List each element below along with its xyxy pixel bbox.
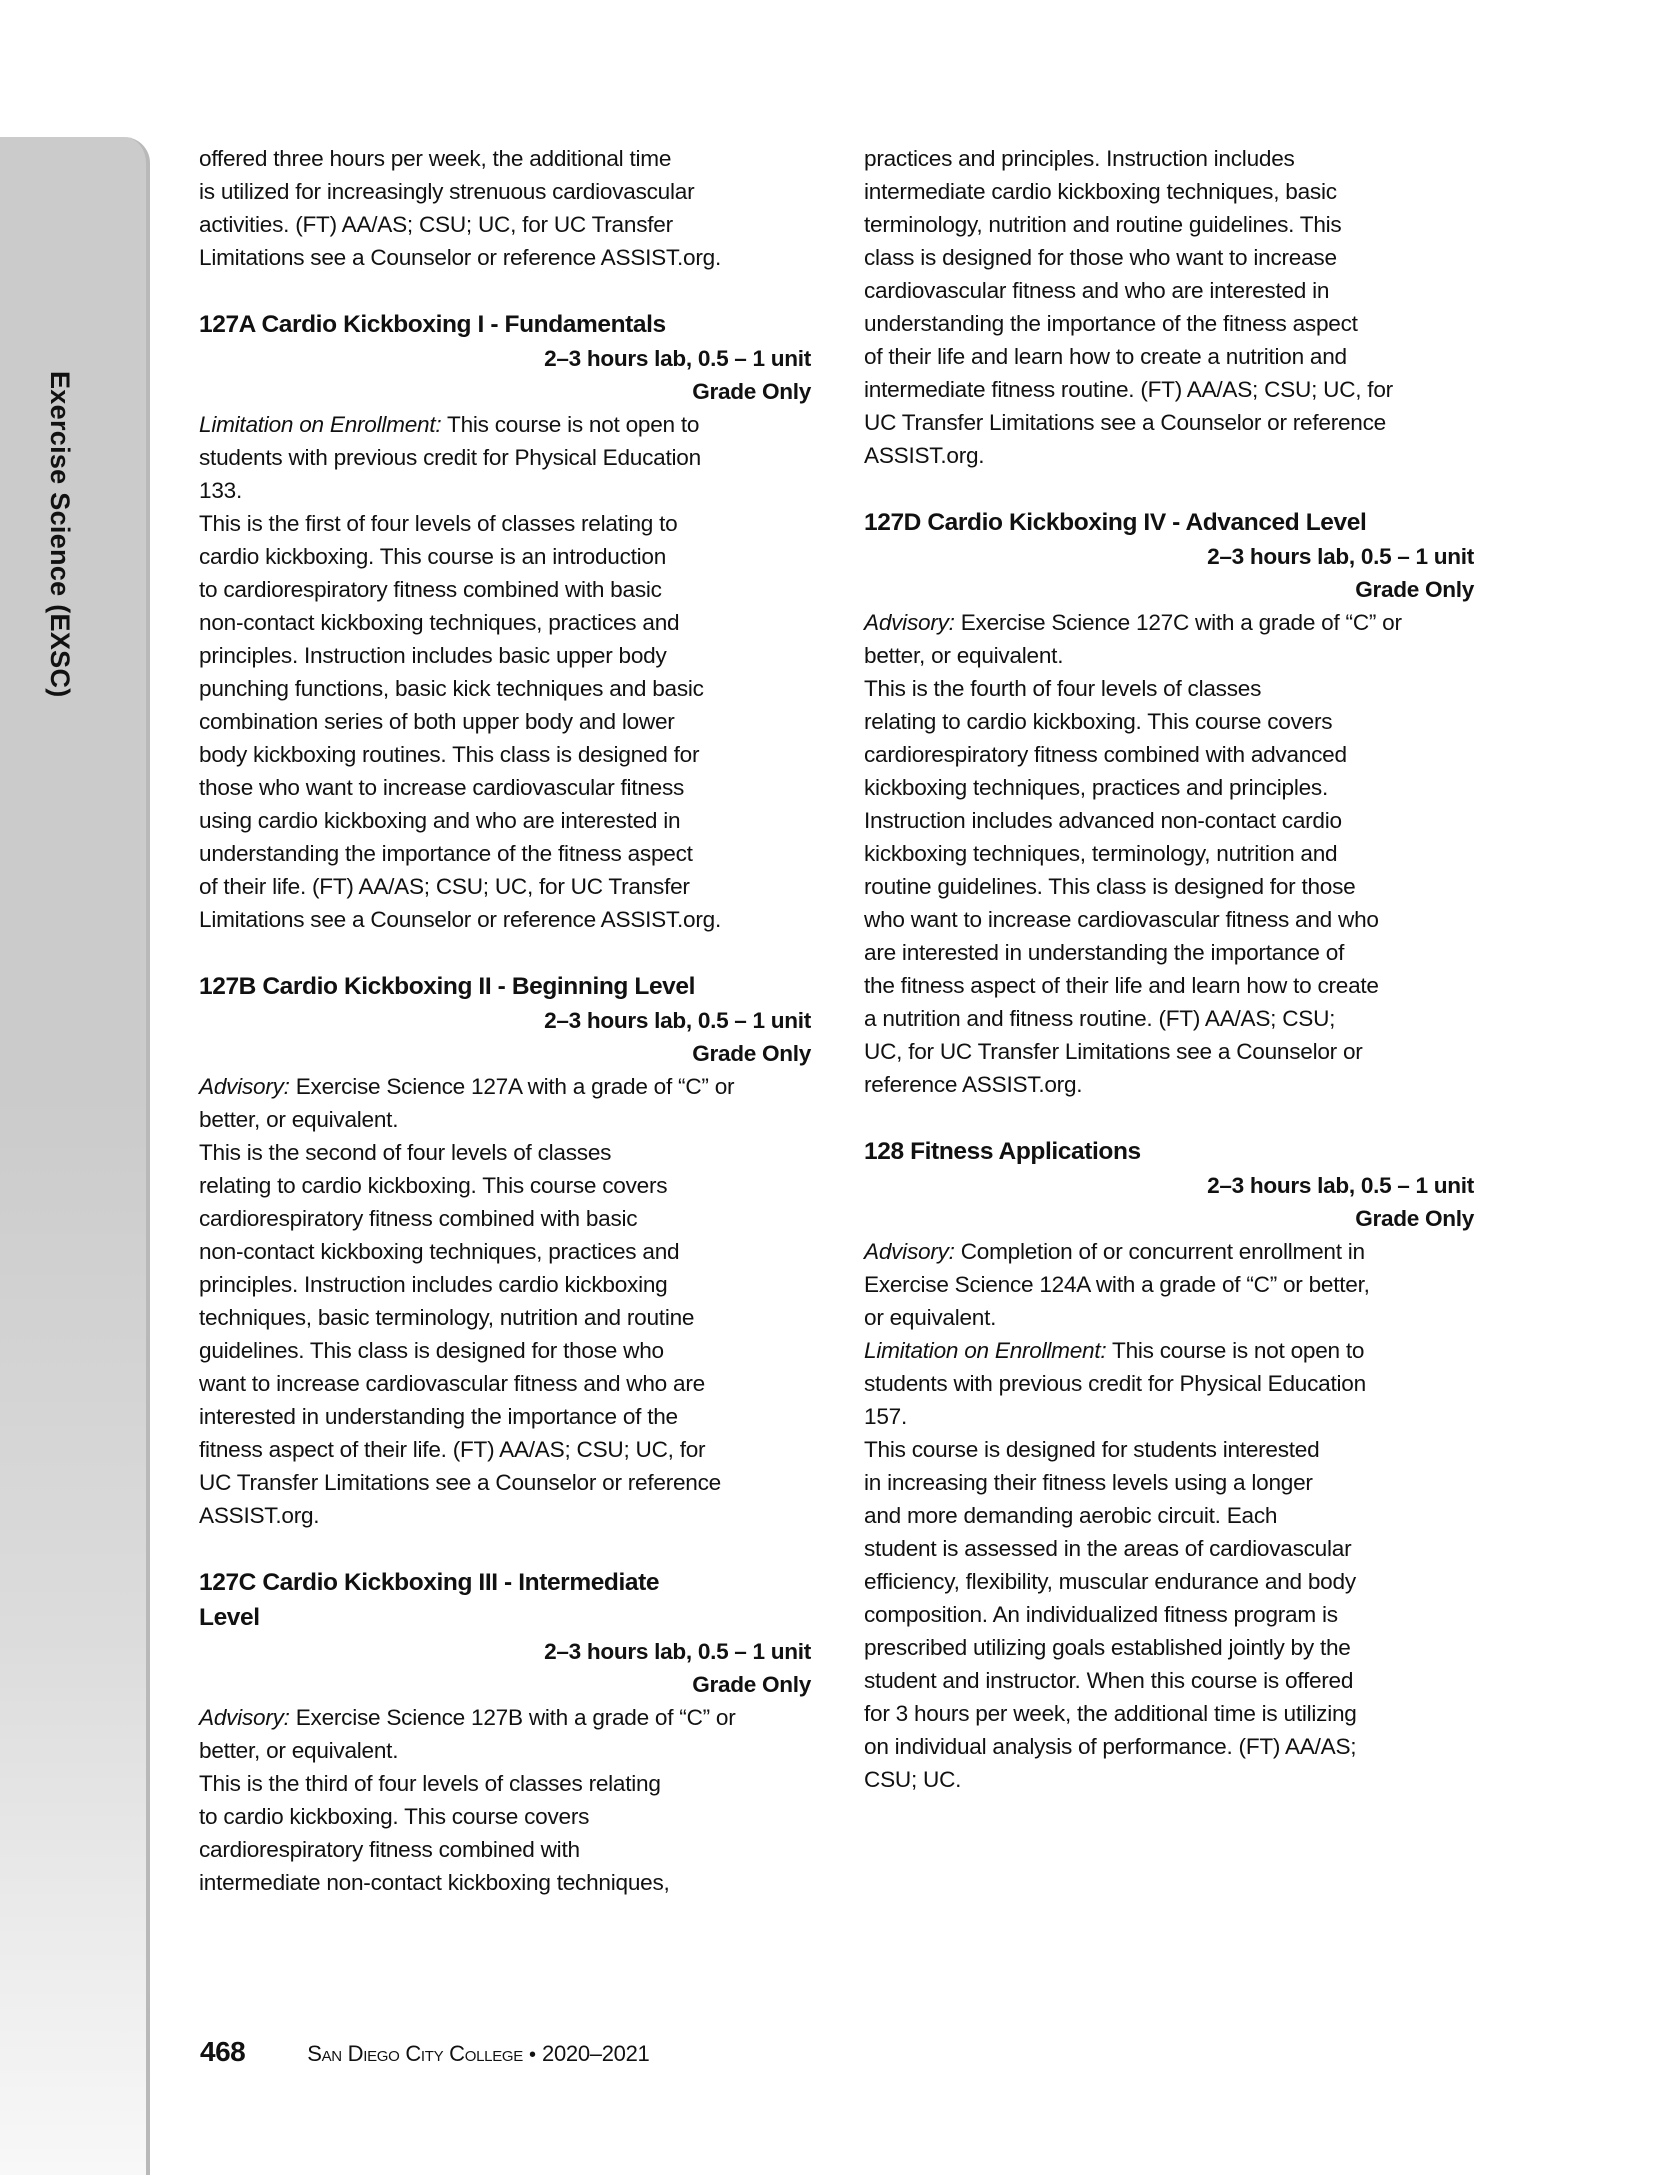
- text-line: who want to increase cardiovascular fitn…: [864, 903, 1474, 936]
- text-line: principles. Instruction includes basic u…: [199, 639, 811, 672]
- text-line: interested in understanding the importan…: [199, 1400, 811, 1433]
- note-text: Exercise Science 127B with a grade of “C…: [290, 1705, 736, 1730]
- text-line: non-contact kickboxing techniques, pract…: [199, 606, 811, 639]
- text-line: Exercise Science 124A with a grade of “C…: [864, 1268, 1474, 1301]
- continued-description: practices and principles. Instruction in…: [864, 142, 1474, 472]
- course-entry-128: 128 Fitness Applications 2–3 hours lab, …: [864, 1134, 1474, 1796]
- text-line: intermediate non-contact kickboxing tech…: [199, 1866, 811, 1899]
- text-line: UC Transfer Limitations see a Counselor …: [199, 1466, 811, 1499]
- note-label: Advisory:: [864, 610, 955, 635]
- note-text: This course is not open to: [441, 412, 699, 437]
- text-line: intermediate fitness routine. (FT) AA/AS…: [864, 373, 1474, 406]
- footer-bullet: •: [529, 2044, 536, 2067]
- note-label: Limitation on Enrollment:: [199, 412, 441, 437]
- section-tab-label: Exercise Science (EXSC): [44, 371, 75, 698]
- text-line: efficiency, flexibility, muscular endura…: [864, 1565, 1474, 1598]
- course-title: 127C Cardio Kickboxing III - Intermediat…: [199, 1565, 811, 1600]
- text-line: 157.: [864, 1400, 1474, 1433]
- footer-college-name: San Diego City College: [307, 2041, 523, 2067]
- left-column: offered three hours per week, the additi…: [199, 142, 811, 1899]
- limitation-note: Limitation on Enrollment: This course is…: [864, 1334, 1474, 1367]
- course-hours: 2–3 hours lab, 0.5 – 1 unit: [864, 540, 1474, 573]
- text-line: terminology, nutrition and routine guide…: [864, 208, 1474, 241]
- note-text: Completion of or concurrent enrollment i…: [955, 1239, 1365, 1264]
- note-label: Advisory:: [199, 1705, 290, 1730]
- text-line: This is the fourth of four levels of cla…: [864, 672, 1474, 705]
- text-line: cardiovascular fitness and who are inter…: [864, 274, 1474, 307]
- note-text: Exercise Science 127C with a grade of “C…: [955, 610, 1402, 635]
- text-line: cardiorespiratory fitness combined with …: [199, 1202, 811, 1235]
- section-side-tab: Exercise Science (EXSC): [0, 137, 150, 2175]
- course-entry-127c: 127C Cardio Kickboxing III - Intermediat…: [199, 1565, 811, 1899]
- text-line: non-contact kickboxing techniques, pract…: [199, 1235, 811, 1268]
- note-label: Advisory:: [864, 1239, 955, 1264]
- text-line: better, or equivalent.: [199, 1734, 811, 1767]
- text-line: of their life. (FT) AA/AS; CSU; UC, for …: [199, 870, 811, 903]
- advisory-note: Advisory: Completion of or concurrent en…: [864, 1235, 1474, 1268]
- text-line: or equivalent.: [864, 1301, 1474, 1334]
- text-line: practices and principles. Instruction in…: [864, 142, 1474, 175]
- text-line: intermediate cardio kickboxing technique…: [864, 175, 1474, 208]
- course-grading: Grade Only: [199, 375, 811, 408]
- course-hours: 2–3 hours lab, 0.5 – 1 unit: [199, 1004, 811, 1037]
- text-line: This course is designed for students int…: [864, 1433, 1474, 1466]
- text-line: combination series of both upper body an…: [199, 705, 811, 738]
- text-line: kickboxing techniques, terminology, nutr…: [864, 837, 1474, 870]
- text-line: the fitness aspect of their life and lea…: [864, 969, 1474, 1002]
- text-line: class is designed for those who want to …: [864, 241, 1474, 274]
- course-entry-127d: 127D Cardio Kickboxing IV - Advanced Lev…: [864, 505, 1474, 1101]
- text-line: UC, for UC Transfer Limitations see a Co…: [864, 1035, 1474, 1068]
- text-line: Instruction includes advanced non-contac…: [864, 804, 1474, 837]
- text-line: of their life and learn how to create a …: [864, 340, 1474, 373]
- course-entry-127a: 127A Cardio Kickboxing I - Fundamentals …: [199, 307, 811, 936]
- text-line: routine guidelines. This class is design…: [864, 870, 1474, 903]
- text-line: understanding the importance of the fitn…: [864, 307, 1474, 340]
- course-grading: Grade Only: [199, 1037, 811, 1070]
- text-line: on individual analysis of performance. (…: [864, 1730, 1474, 1763]
- note-text: Exercise Science 127A with a grade of “C…: [290, 1074, 735, 1099]
- text-line: This is the second of four levels of cla…: [199, 1136, 811, 1169]
- advisory-note: Advisory: Exercise Science 127C with a g…: [864, 606, 1474, 639]
- text-line: want to increase cardiovascular fitness …: [199, 1367, 811, 1400]
- text-line: is utilized for increasingly strenuous c…: [199, 175, 811, 208]
- text-line: 133.: [199, 474, 811, 507]
- note-label: Limitation on Enrollment:: [864, 1338, 1106, 1363]
- advisory-note: Advisory: Exercise Science 127B with a g…: [199, 1701, 811, 1734]
- page-number: 468: [200, 2036, 245, 2068]
- text-line: student is assessed in the areas of card…: [864, 1532, 1474, 1565]
- text-line: activities. (FT) AA/AS; CSU; UC, for UC …: [199, 208, 811, 241]
- text-line: fitness aspect of their life. (FT) AA/AS…: [199, 1433, 811, 1466]
- course-hours: 2–3 hours lab, 0.5 – 1 unit: [199, 342, 811, 375]
- text-line: guidelines. This class is designed for t…: [199, 1334, 811, 1367]
- note-label: Advisory:: [199, 1074, 290, 1099]
- text-line: relating to cardio kickboxing. This cour…: [864, 705, 1474, 738]
- note-text: This course is not open to: [1106, 1338, 1364, 1363]
- text-line: principles. Instruction includes cardio …: [199, 1268, 811, 1301]
- advisory-note: Advisory: Exercise Science 127A with a g…: [199, 1070, 811, 1103]
- text-line: and more demanding aerobic circuit. Each: [864, 1499, 1474, 1532]
- text-line: composition. An individualized fitness p…: [864, 1598, 1474, 1631]
- text-line: in increasing their fitness levels using…: [864, 1466, 1474, 1499]
- text-line: cardiorespiratory fitness combined with …: [864, 738, 1474, 771]
- text-line: students with previous credit for Physic…: [199, 441, 811, 474]
- text-line: prescribed utilizing goals established j…: [864, 1631, 1474, 1664]
- text-line: students with previous credit for Physic…: [864, 1367, 1474, 1400]
- limitation-note: Limitation on Enrollment: This course is…: [199, 408, 811, 441]
- text-line: relating to cardio kickboxing. This cour…: [199, 1169, 811, 1202]
- text-line: using cardio kickboxing and who are inte…: [199, 804, 811, 837]
- text-line: offered three hours per week, the additi…: [199, 142, 811, 175]
- text-line: CSU; UC.: [864, 1763, 1474, 1796]
- text-line: body kickboxing routines. This class is …: [199, 738, 811, 771]
- text-line: better, or equivalent.: [864, 639, 1474, 672]
- text-line: reference ASSIST.org.: [864, 1068, 1474, 1101]
- text-line: student and instructor. When this course…: [864, 1664, 1474, 1697]
- text-line: are interested in understanding the impo…: [864, 936, 1474, 969]
- course-title: 128 Fitness Applications: [864, 1134, 1474, 1169]
- course-grading: Grade Only: [199, 1668, 811, 1701]
- page-footer: 468 San Diego City College • 2020–2021: [200, 2036, 649, 2070]
- course-title: 127A Cardio Kickboxing I - Fundamentals: [199, 307, 811, 342]
- text-line: those who want to increase cardiovascula…: [199, 771, 811, 804]
- text-line: cardio kickboxing. This course is an int…: [199, 540, 811, 573]
- text-line: This is the third of four levels of clas…: [199, 1767, 811, 1800]
- course-hours: 2–3 hours lab, 0.5 – 1 unit: [199, 1635, 811, 1668]
- text-line: to cardiorespiratory fitness combined wi…: [199, 573, 811, 606]
- text-line: cardiorespiratory fitness combined with: [199, 1833, 811, 1866]
- text-line: to cardio kickboxing. This course covers: [199, 1800, 811, 1833]
- text-line: UC Transfer Limitations see a Counselor …: [864, 406, 1474, 439]
- text-line: Limitations see a Counselor or reference…: [199, 241, 811, 274]
- text-line: a nutrition and fitness routine. (FT) AA…: [864, 1002, 1474, 1035]
- right-column: practices and principles. Instruction in…: [864, 142, 1474, 1796]
- text-line: kickboxing techniques, practices and pri…: [864, 771, 1474, 804]
- text-line: understanding the importance of the fitn…: [199, 837, 811, 870]
- text-line: ASSIST.org.: [199, 1499, 811, 1532]
- course-entry-127b: 127B Cardio Kickboxing II - Beginning Le…: [199, 969, 811, 1532]
- text-line: This is the first of four levels of clas…: [199, 507, 811, 540]
- text-line: techniques, basic terminology, nutrition…: [199, 1301, 811, 1334]
- footer-academic-year: 2020–2021: [542, 2041, 649, 2067]
- continued-description: offered three hours per week, the additi…: [199, 142, 811, 274]
- course-title: 127D Cardio Kickboxing IV - Advanced Lev…: [864, 505, 1474, 540]
- text-line: for 3 hours per week, the additional tim…: [864, 1697, 1474, 1730]
- course-title: 127B Cardio Kickboxing II - Beginning Le…: [199, 969, 811, 1004]
- text-line: punching functions, basic kick technique…: [199, 672, 811, 705]
- text-line: better, or equivalent.: [199, 1103, 811, 1136]
- course-hours: 2–3 hours lab, 0.5 – 1 unit: [864, 1169, 1474, 1202]
- course-grading: Grade Only: [864, 1202, 1474, 1235]
- text-line: ASSIST.org.: [864, 439, 1474, 472]
- course-title-continued: Level: [199, 1600, 811, 1635]
- text-line: Limitations see a Counselor or reference…: [199, 903, 811, 936]
- course-grading: Grade Only: [864, 573, 1474, 606]
